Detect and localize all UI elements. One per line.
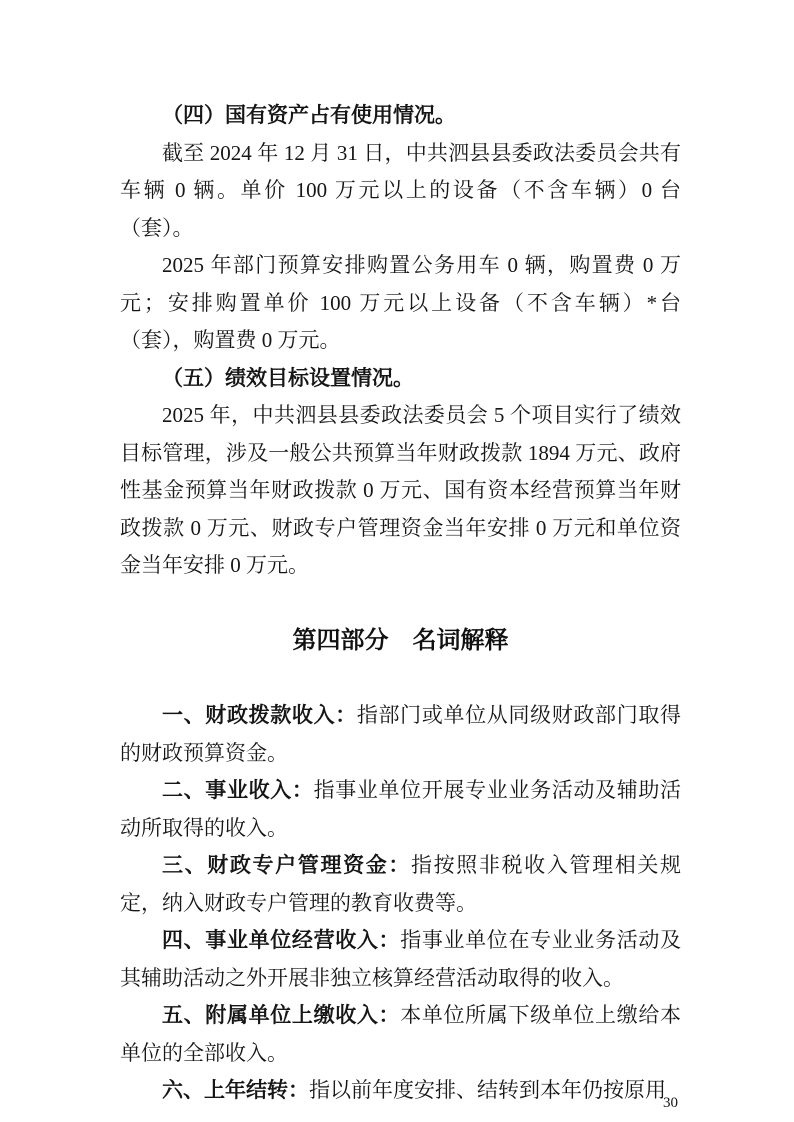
document-content: （四）国有资产占有使用情况。 截至 2024 年 12 月 31 日，中共泗县县… — [120, 97, 681, 1110]
paragraph-assets-1: 截至 2024 年 12 月 31 日，中共泗县县委政法委员会共有车辆 0 辆。… — [120, 135, 681, 248]
heading-performance-targets: （五）绩效目标设置情况。 — [120, 360, 681, 398]
page-number: 30 — [663, 1095, 678, 1112]
term-label-3: 三、财政专户管理资金： — [162, 854, 411, 877]
term-label-5: 五、附属单位上缴收入： — [162, 1004, 400, 1027]
term-label-2: 二、事业收入： — [162, 779, 314, 802]
paragraph-performance-1: 2025 年，中共泗县县委政法委员会 5 个项目实行了绩效目标管理，涉及一般公共… — [120, 397, 681, 585]
term-item-3: 三、财政专户管理资金：指按照非税收入管理相关规定，纳入财政专户管理的教育收费等。 — [120, 847, 681, 922]
term-item-1: 一、财政拨款收入：指部门或单位从同级财政部门取得的财政预算资金。 — [120, 697, 681, 772]
term-item-5: 五、附属单位上缴收入：本单位所属下级单位上缴给本单位的全部收入。 — [120, 997, 681, 1072]
term-item-4: 四、事业单位经营收入：指事业单位在专业业务活动及其辅助活动之外开展非独立核算经营… — [120, 922, 681, 997]
part-four-title: 第四部分 名词解释 — [120, 622, 681, 660]
heading-state-assets: （四）国有资产占有使用情况。 — [120, 97, 681, 135]
term-label-6: 六、上年结转： — [162, 1079, 309, 1102]
term-definition-6: 指以前年度安排、结转到本年仍按原用 — [309, 1078, 666, 1102]
document-page: （四）国有资产占有使用情况。 截至 2024 年 12 月 31 日，中共泗县县… — [0, 0, 794, 1122]
paragraph-assets-2: 2025 年部门预算安排购置公务用车 0 辆，购置费 0 万元；安排购置单价 1… — [120, 247, 681, 360]
term-item-6: 六、上年结转：指以前年度安排、结转到本年仍按原用 — [120, 1072, 681, 1110]
term-label-1: 一、财政拨款收入： — [162, 704, 357, 727]
term-item-2: 二、事业收入：指事业单位开展专业业务活动及辅助活动所取得的收入。 — [120, 772, 681, 847]
term-label-4: 四、事业单位经营收入： — [162, 929, 400, 952]
